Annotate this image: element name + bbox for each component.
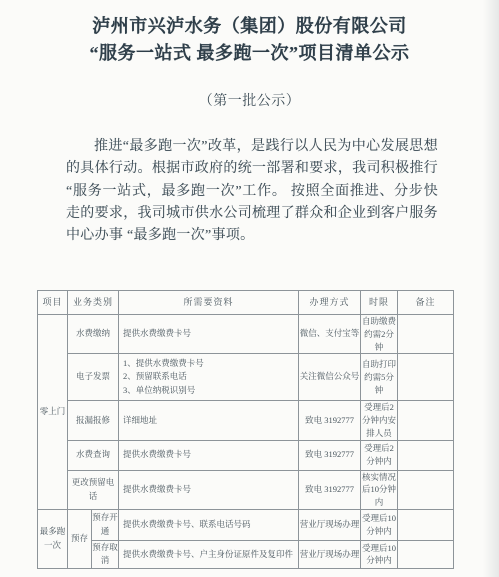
remark-cell [398, 354, 454, 401]
intro-paragraph: 推进“最多跑一次”改革，是践行以人民为中心发展思想的具体行动。根据市政府的统一部… [66, 136, 438, 247]
category-cell: 预存取消 [92, 540, 119, 568]
subcategory-cell: 预存 [68, 509, 92, 568]
time-limit-cell: 受理后10分钟内 [361, 540, 398, 568]
materials-cell: 提供水费缴费卡号、户主身份证原件及复印件 [119, 540, 299, 568]
materials-cell: 1、提供水费缴费卡号 2、预留联系电话 3、单位纳税识别号 [119, 354, 299, 401]
materials-cell: 提供水费缴费卡号 [119, 470, 299, 509]
table-header-row: 项目 业务类别 所需要资料 办理方式 时限 备注 [38, 291, 454, 315]
project-group-cell: 零上门 [38, 315, 68, 510]
materials-cell: 提供水费缴费卡号、联系电话号码 [119, 509, 299, 540]
scan-edge-shadow [483, 0, 499, 577]
table-row: 预存取消 提供水费缴费卡号、户主身份证原件及复印件 营业厅现场办理 受理后10分… [38, 540, 454, 568]
remark-cell [398, 540, 454, 568]
document-title-line2: “服务一站式 最多跑一次”项目清单公示 [0, 40, 499, 67]
category-cell: 水费查询 [68, 440, 119, 470]
document-title-line1: 泸州市兴泸水务（集团）股份有限公司 [0, 13, 499, 40]
service-list-table: 项目 业务类别 所需要资料 办理方式 时限 备注 零上门 水费缴纳 提供水费缴费… [37, 290, 454, 569]
time-limit-cell: 受理后10分钟内 [361, 509, 398, 540]
remark-cell [398, 440, 454, 470]
time-limit-cell: 自助打印约需5分钟 [361, 354, 398, 401]
table-row: 零上门 水费缴纳 提供水费缴费卡号 微信、支付宝等 自助缴费约需2分钟 [38, 315, 454, 354]
method-cell: 营业厅现场办理 [299, 540, 361, 568]
header-project: 项目 [38, 291, 68, 315]
method-cell: 致电 3192777 [299, 440, 361, 470]
document-title: 泸州市兴泸水务（集团）股份有限公司 “服务一站式 最多跑一次”项目清单公示 [0, 13, 499, 67]
time-limit-cell: 自助缴费约需2分钟 [361, 315, 398, 354]
method-cell: 关注微信公众号 [299, 354, 361, 401]
header-category: 业务类别 [68, 291, 119, 315]
category-cell: 报漏报修 [68, 401, 119, 440]
category-cell: 水费缴纳 [68, 315, 119, 354]
table-row: 报漏报修 详细地址 致电 3192777 受理后2分钟内安排人员 [38, 401, 454, 440]
header-time-limit: 时限 [361, 291, 398, 315]
remark-cell [398, 401, 454, 440]
materials-cell: 提供水费缴费卡号 [119, 315, 299, 354]
header-remark: 备注 [398, 291, 454, 315]
header-method: 办理方式 [299, 291, 361, 315]
document-page: 泸州市兴泸水务（集团）股份有限公司 “服务一站式 最多跑一次”项目清单公示 （第… [0, 0, 499, 577]
time-limit-cell: 受理后2分钟内安排人员 [361, 401, 398, 440]
table-row: 更改预留电话 提供水费缴费卡号 致电 3192777 核实情况后10分钟内 [38, 470, 454, 509]
remark-cell [398, 509, 454, 540]
method-cell: 营业厅现场办理 [299, 509, 361, 540]
time-limit-cell: 受理后2分钟内 [361, 440, 398, 470]
table-row: 最多跑一次 预存 预存开通 提供水费缴费卡号、联系电话号码 营业厅现场办理 受理… [38, 509, 454, 540]
project-group-cell: 最多跑一次 [38, 509, 68, 568]
category-cell: 预存开通 [92, 509, 119, 540]
method-cell: 致电 3192777 [299, 470, 361, 509]
materials-cell: 详细地址 [119, 401, 299, 440]
method-cell: 致电 3192777 [299, 401, 361, 440]
materials-cell: 提供水费缴费卡号 [119, 440, 299, 470]
table-row: 水费查询 提供水费缴费卡号 致电 3192777 受理后2分钟内 [38, 440, 454, 470]
time-limit-cell: 核实情况后10分钟内 [361, 470, 398, 509]
remark-cell [398, 315, 454, 354]
category-cell: 更改预留电话 [68, 470, 119, 509]
method-cell: 微信、支付宝等 [299, 315, 361, 354]
header-materials: 所需要资料 [119, 291, 299, 315]
document-subtitle: （第一批公示） [0, 90, 499, 110]
category-cell: 电子发票 [68, 354, 119, 401]
table-row: 电子发票 1、提供水费缴费卡号 2、预留联系电话 3、单位纳税识别号 关注微信公… [38, 354, 454, 401]
remark-cell [398, 470, 454, 509]
